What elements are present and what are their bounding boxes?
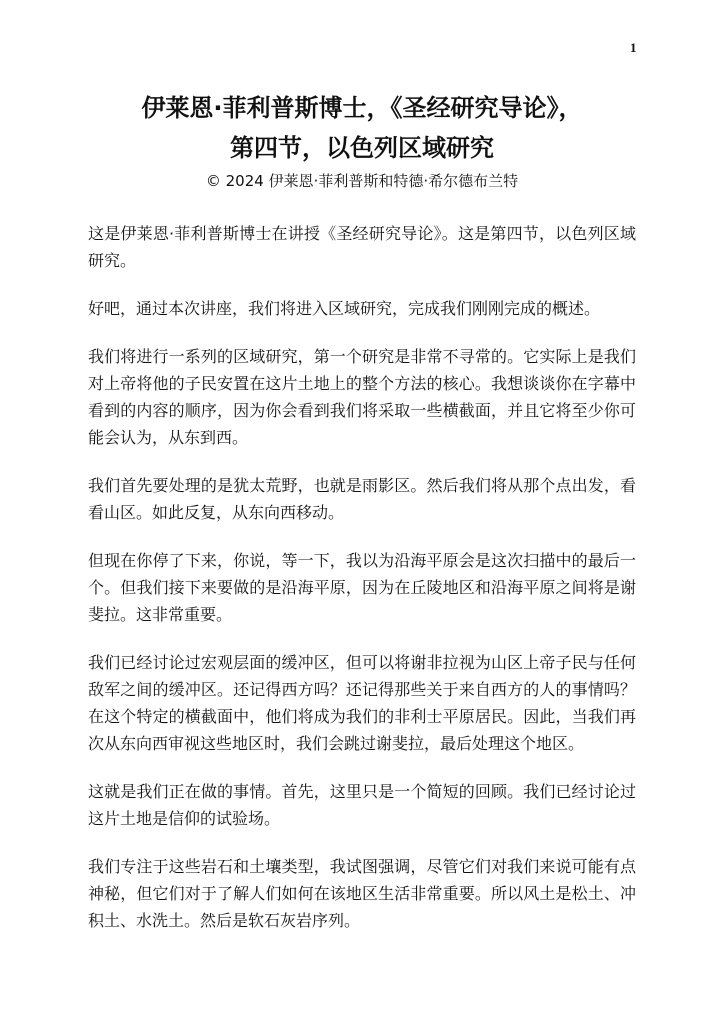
paragraph-7: 这就是我们正在做的事情。首先，这里只是一个简短的回顾。我们已经讨论过这片土地是信…: [88, 778, 636, 832]
paragraph-4: 我们首先要处理的是犹太荒野，也就是雨影区。然后我们将从那个点出发，看看山区。如此…: [88, 472, 636, 526]
document-header: 伊莱恩·菲利普斯博士，《圣经研究导论》， 第四节，以色列区域研究 © 2024 …: [0, 88, 724, 192]
document-title-line-2: 第四节，以色列区域研究: [0, 128, 724, 168]
paragraph-8: 我们专注于这些岩石和土壤类型，我试图强调，尽管它们对我们来说可能有点神秘，但它们…: [88, 853, 636, 934]
copyright-notice: © 2024 伊莱恩·菲利普斯和特德·希尔德布兰特: [0, 170, 724, 192]
paragraph-3: 我们将进行一系列的区域研究，第一个研究是非常不寻常的。它实际上是我们对上帝将他的…: [88, 343, 636, 451]
document-title-line-1: 伊莱恩·菲利普斯博士，《圣经研究导论》，: [0, 88, 724, 128]
document-body: 这是伊莱恩·菲利普斯博士在讲授《圣经研究导论》。这是第四节，以色列区域研究。 好…: [88, 220, 636, 955]
paragraph-1: 这是伊莱恩·菲利普斯博士在讲授《圣经研究导论》。这是第四节，以色列区域研究。: [88, 220, 636, 274]
paragraph-5: 但现在你停了下来，你说，等一下，我以为沿海平原会是这次扫描中的最后一个。但我们接…: [88, 547, 636, 628]
paragraph-2: 好吧，通过本次讲座，我们将进入区域研究，完成我们刚刚完成的概述。: [88, 295, 636, 322]
page-number: 1: [630, 40, 637, 56]
paragraph-6: 我们已经讨论过宏观层面的缓冲区，但可以将谢非拉视为山区上帝子民与任何敌军之间的缓…: [88, 649, 636, 757]
